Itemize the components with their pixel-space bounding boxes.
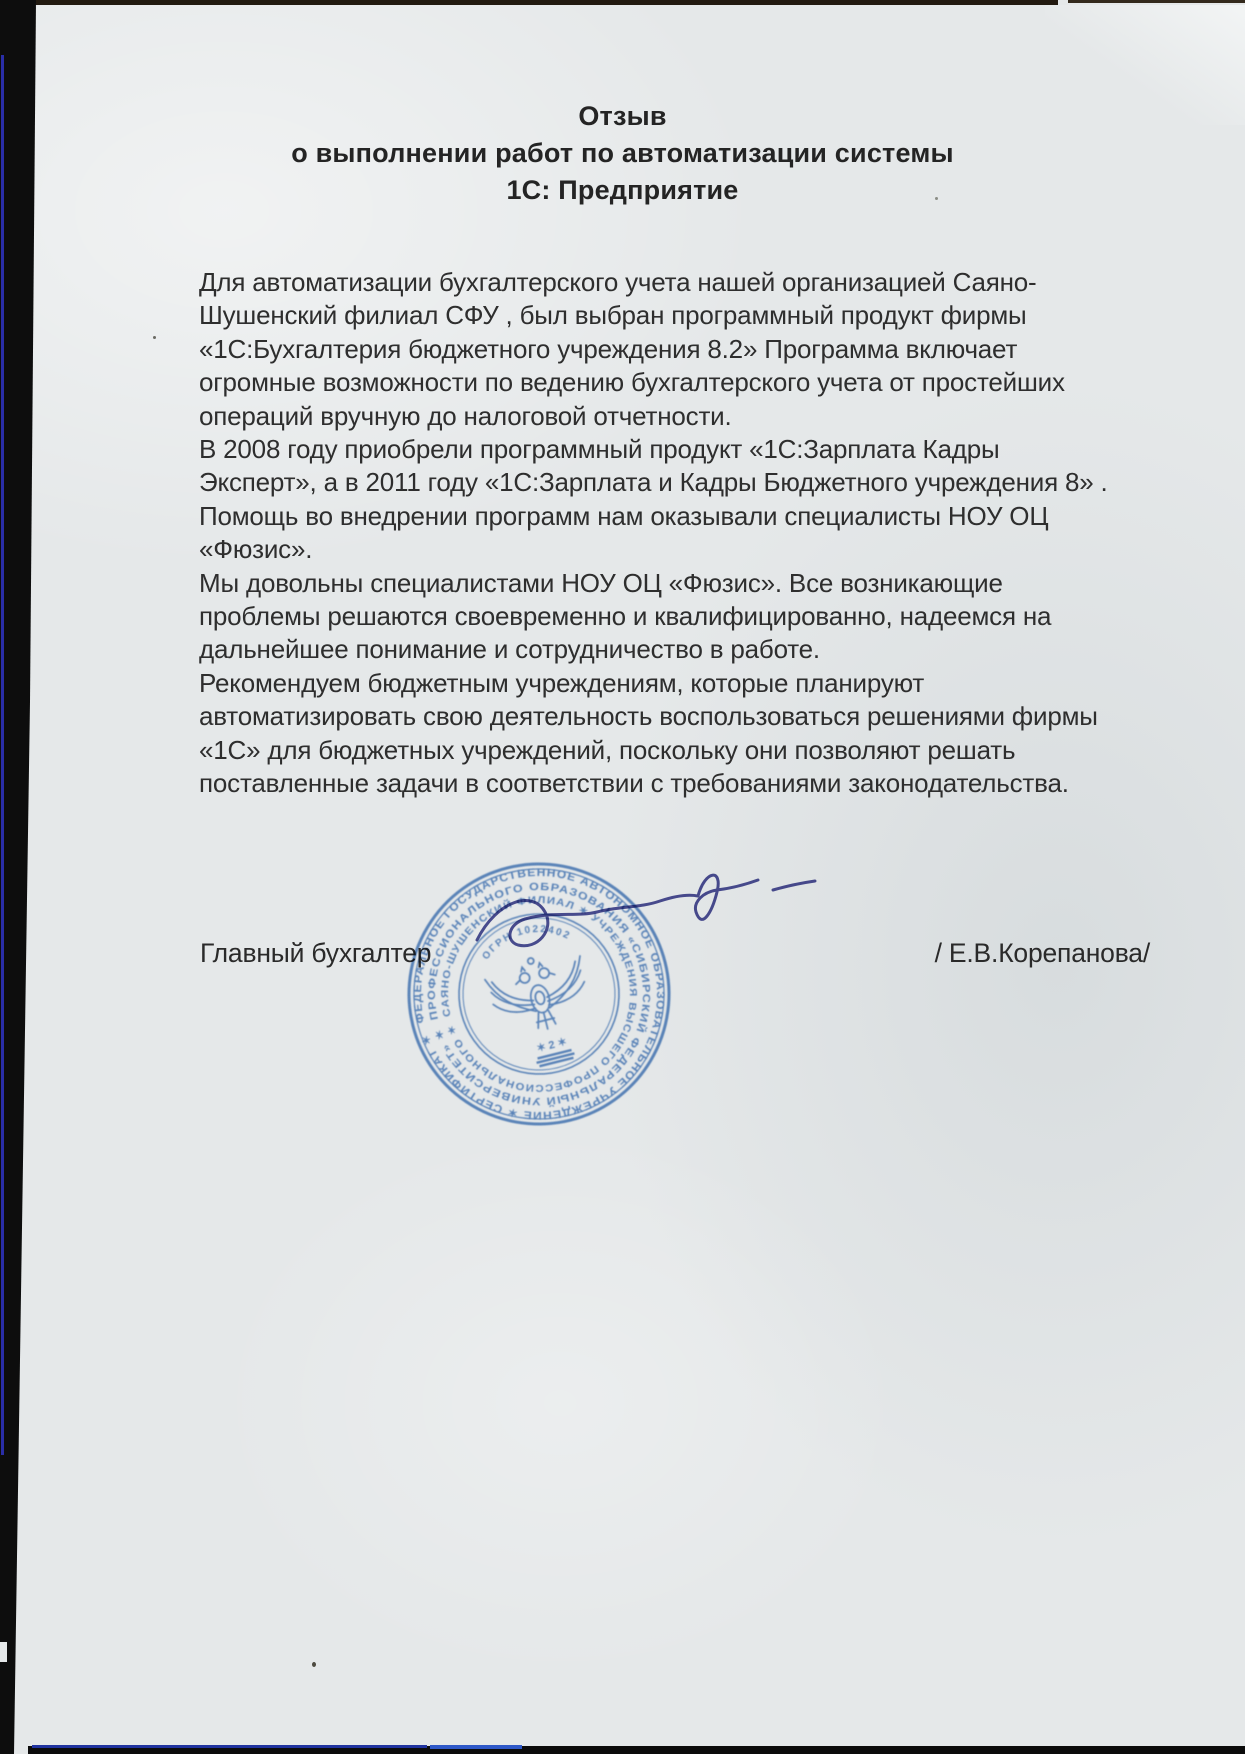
document-body: Для автоматизации бухгалтерского учета н… bbox=[199, 266, 1099, 801]
body-line: поставленные задачи в соответствии с тре… bbox=[199, 767, 1099, 800]
body-line: В 2008 году приобрели программный продук… bbox=[199, 433, 1099, 466]
title-line: о выполнении работ по автоматизации сист… bbox=[40, 135, 1205, 172]
body-line: Шушенский филиал СФУ , был выбран програ… bbox=[199, 299, 1099, 332]
handwritten-signature bbox=[455, 868, 835, 978]
body-line: Рекомендуем бюджетным учреждениям, котор… bbox=[199, 667, 1099, 700]
document-title: Отзыво выполнении работ по автоматизации… bbox=[40, 98, 1205, 209]
paper-speck bbox=[312, 1662, 316, 1667]
body-line: «1С» для бюджетных учреждений, поскольку… bbox=[199, 734, 1099, 767]
body-line: огромные возможности по ведению бухгалте… bbox=[199, 366, 1099, 399]
scanner-edge-left-blue-line bbox=[1, 55, 4, 1455]
body-line: «Фюзис». bbox=[199, 533, 1099, 566]
title-line: 1С: Предприятие bbox=[40, 172, 1205, 209]
scanned-document-page: Отзыво выполнении работ по автоматизации… bbox=[0, 0, 1245, 1754]
body-line: автоматизировать свою деятельность воспо… bbox=[199, 700, 1099, 733]
body-line: Помощь во внедрении программ нам оказыва… bbox=[199, 500, 1099, 533]
body-line: Мы довольны специалистами НОУ ОЦ «Фюзис»… bbox=[199, 567, 1099, 600]
scanner-edge-bottom-blue-segment bbox=[430, 1745, 522, 1749]
scanner-edge-left bbox=[0, 0, 40, 1754]
body-line: операций вручную до налоговой отчетности… bbox=[199, 400, 1099, 433]
scanner-edge-top-right bbox=[1068, 0, 1245, 3]
body-line: проблемы решаются своевременно и квалифи… bbox=[199, 600, 1099, 633]
body-line: Для автоматизации бухгалтерского учета н… bbox=[199, 266, 1099, 299]
body-line: «1С:Бухгалтерия бюджетного учреждения 8.… bbox=[199, 333, 1099, 366]
signatory-name: / Е.В.Корепанова/ bbox=[935, 938, 1150, 969]
scanner-edge-bottom-blue-line bbox=[32, 1745, 427, 1748]
paper-speck bbox=[153, 336, 156, 339]
scanner-edge-top bbox=[0, 0, 1058, 5]
body-line: дальнейшее понимание и сотрудничество в … bbox=[199, 633, 1099, 666]
body-line: Эксперт», а в 2011 году «1С:Зарплата и К… bbox=[199, 466, 1099, 499]
scanner-edge-left-notch bbox=[0, 1642, 7, 1662]
title-line: Отзыв bbox=[40, 98, 1205, 135]
